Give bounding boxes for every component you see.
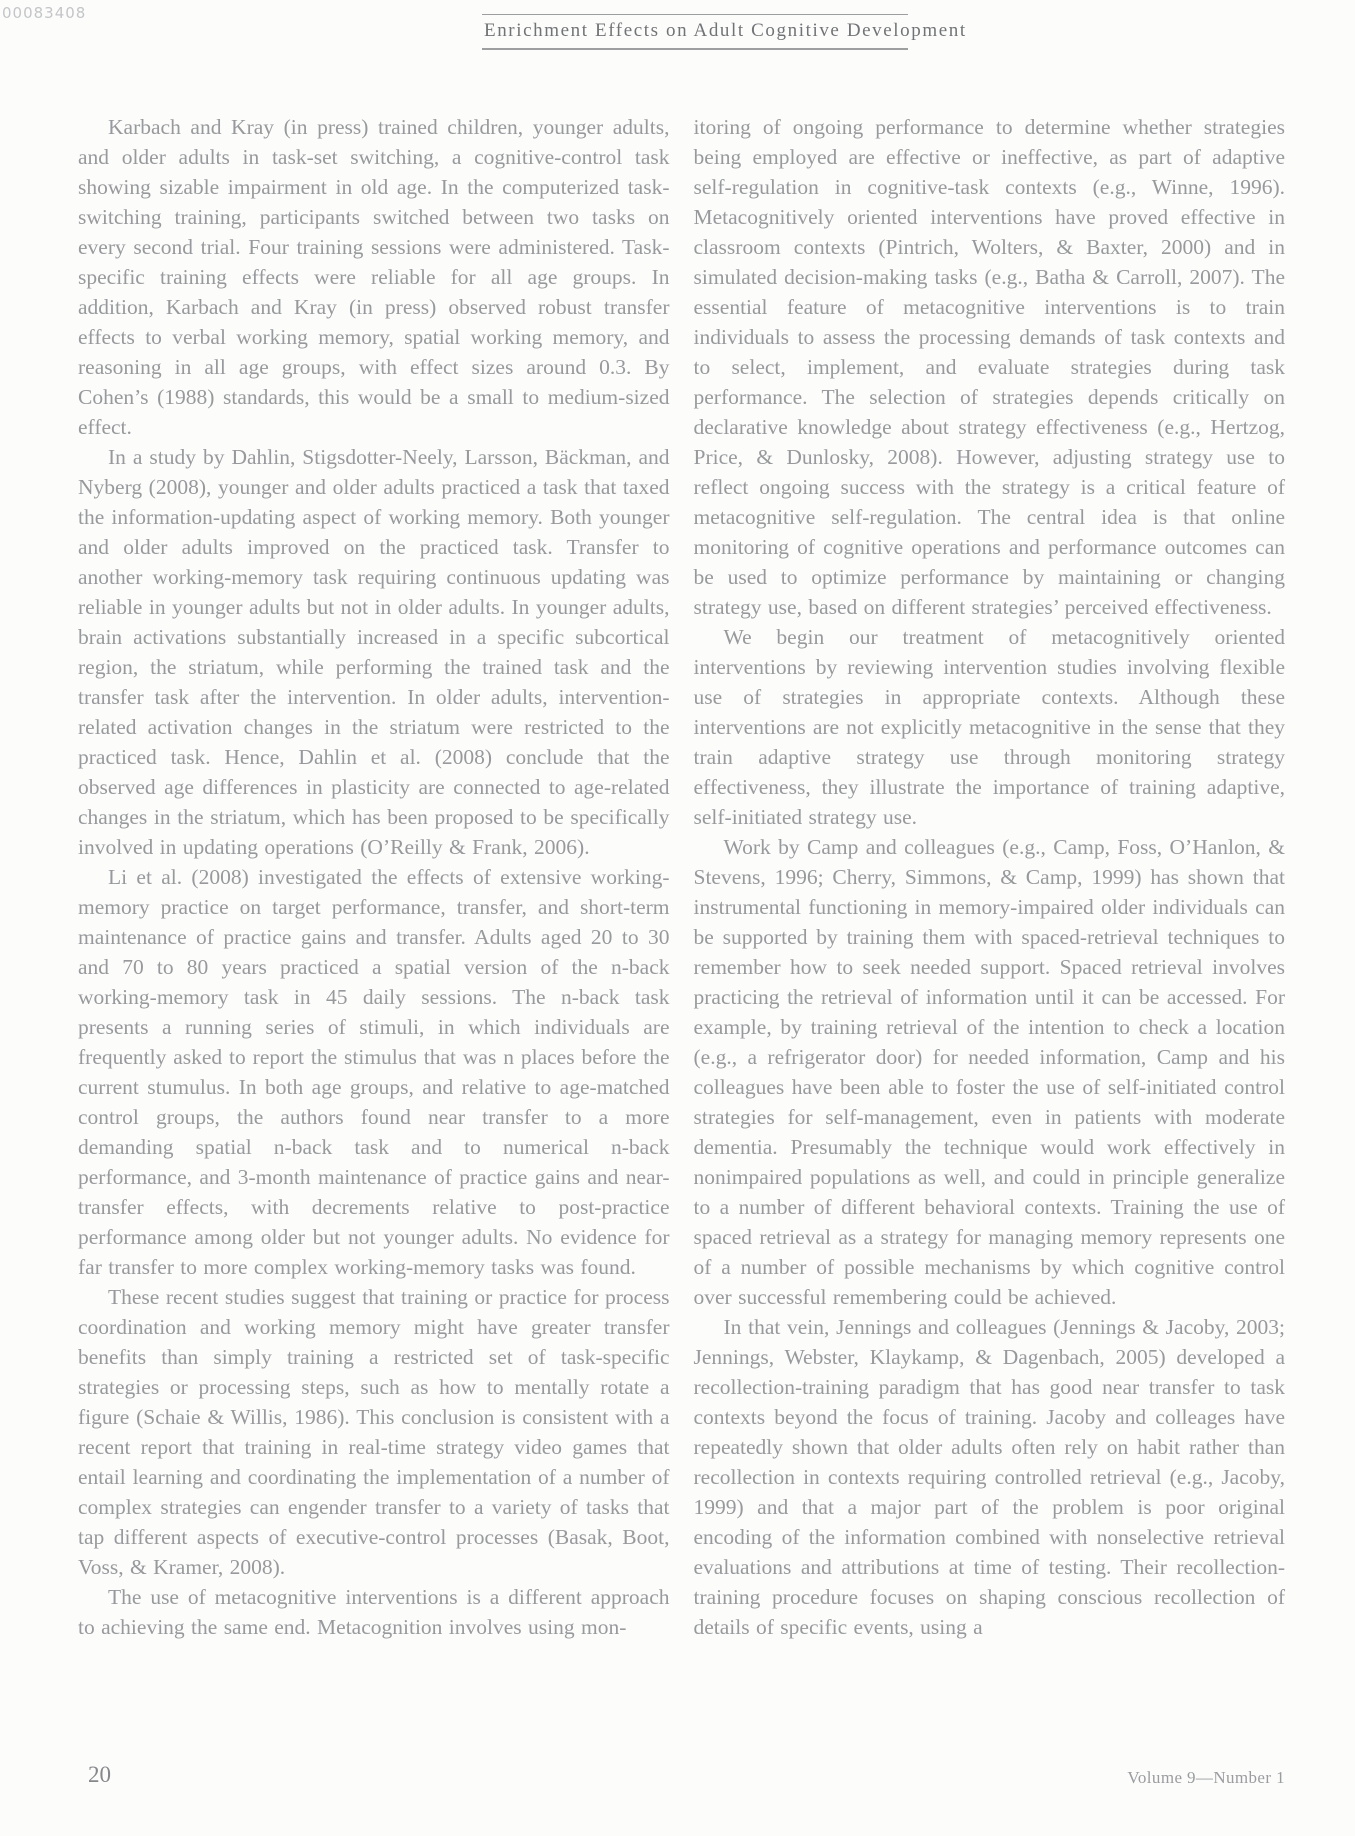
paragraph: In a study by Dahlin, Stigsdotter-Neely,… [78,442,670,862]
page-number: 20 [88,1762,111,1788]
paragraph: Karbach and Kray (in press) trained chil… [78,112,670,442]
paragraph: Work by Camp and colleagues (e.g., Camp,… [694,832,1286,1312]
page-body: Karbach and Kray (in press) trained chil… [78,112,1285,1642]
running-head-title: Enrichment Effects on Adult Cognitive De… [482,14,908,50]
paragraph: The use of metacognitive interventions i… [78,1582,670,1642]
paragraph: These recent studies suggest that traini… [78,1282,670,1582]
paragraph: We begin our treatment of metacognitivel… [694,622,1286,832]
paragraph: In that vein, Jennings and colleagues (J… [694,1312,1286,1642]
volume-label: Volume 9—Number 1 [1127,1768,1285,1788]
paragraph: itoring of ongoing performance to determ… [694,112,1286,622]
left-text-column: Karbach and Kray (in press) trained chil… [78,112,670,1642]
right-text-column: itoring of ongoing performance to determ… [694,112,1286,1642]
paragraph: Li et al. (2008) investigated the effect… [78,862,670,1282]
scan-number: 00083408 [2,4,86,22]
running-head-container: Enrichment Effects on Adult Cognitive De… [482,14,908,50]
